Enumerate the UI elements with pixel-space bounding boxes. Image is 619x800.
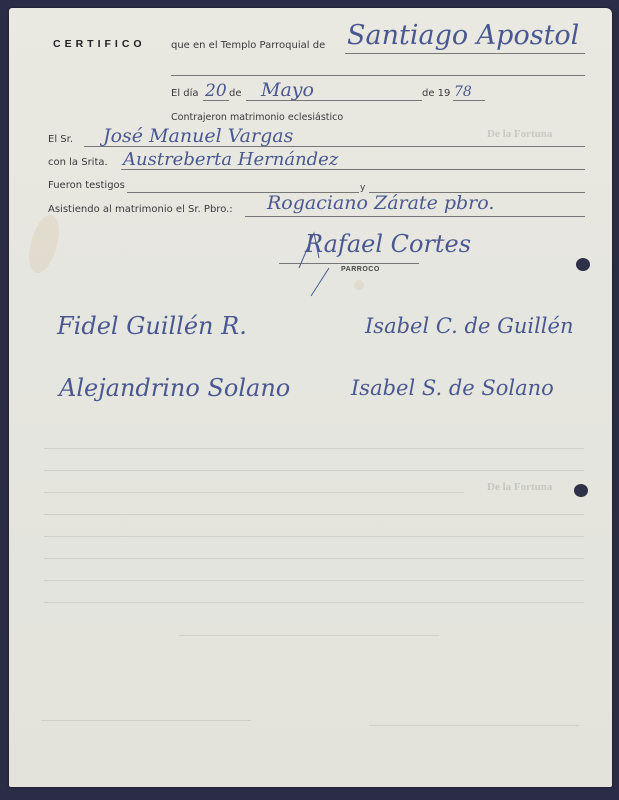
bleed-line [44, 470, 584, 471]
temple-value: Santiago Apostol [347, 20, 579, 51]
temple-line-2 [171, 75, 585, 76]
witness-signature-4: Isabel S. de Solano [351, 376, 554, 400]
temple-line [345, 53, 585, 54]
bleed-line [369, 725, 579, 726]
year-label: de 19 [422, 88, 450, 99]
bleed-line [44, 514, 584, 515]
witness-signature-2: Isabel C. de Guillén [365, 314, 573, 338]
witness-signature-1: Fidel Guillén R. [57, 312, 247, 340]
bleed-line [179, 635, 439, 636]
day-label: El día [171, 88, 199, 99]
year-line [453, 100, 485, 101]
bride-value: Austreberta Hernández [123, 149, 338, 170]
certificate-paper: De la Fortuna De la Fortuna CERTIFICO qu… [9, 8, 612, 787]
groom-label: El Sr. [48, 134, 73, 145]
signature-flourish [289, 228, 339, 303]
contracted-label: Contrajeron matrimonio eclesiástico [171, 112, 343, 123]
priest-line [245, 216, 585, 217]
month-label: de [229, 88, 242, 99]
bleed-line [44, 536, 584, 537]
parroco-label: PARROCO [341, 266, 380, 273]
priest-value: Rogaciano Zárate pbro. [267, 192, 494, 214]
bride-label: con la Srita. [48, 157, 108, 168]
bleed-through-heading: De la Fortuna [487, 481, 552, 493]
witness-signature-3: Alejandrino Solano [59, 374, 290, 402]
witnesses-label: Fueron testigos [48, 180, 125, 191]
bleed-line [44, 602, 584, 603]
day-value: 20 [205, 81, 227, 101]
bleed-line [44, 492, 464, 493]
priest-label: Asistiendo al matrimonio el Sr. Pbro.: [48, 204, 233, 215]
bleed-line [44, 448, 584, 449]
year-value: 78 [454, 84, 472, 100]
stain [24, 212, 65, 277]
bleed-line [44, 558, 584, 559]
stain [354, 280, 364, 290]
bleed-line [41, 720, 251, 721]
certificate-title: CERTIFICO [53, 38, 146, 50]
punch-hole-top [576, 258, 590, 271]
month-value: Mayo [261, 79, 314, 101]
punch-hole-bottom [574, 484, 588, 497]
groom-value: José Manuel Vargas [103, 125, 293, 147]
bleed-line [44, 580, 584, 581]
temple-label: que en el Templo Parroquial de [171, 40, 325, 51]
bleed-through-heading: De la Fortuna [487, 128, 552, 140]
